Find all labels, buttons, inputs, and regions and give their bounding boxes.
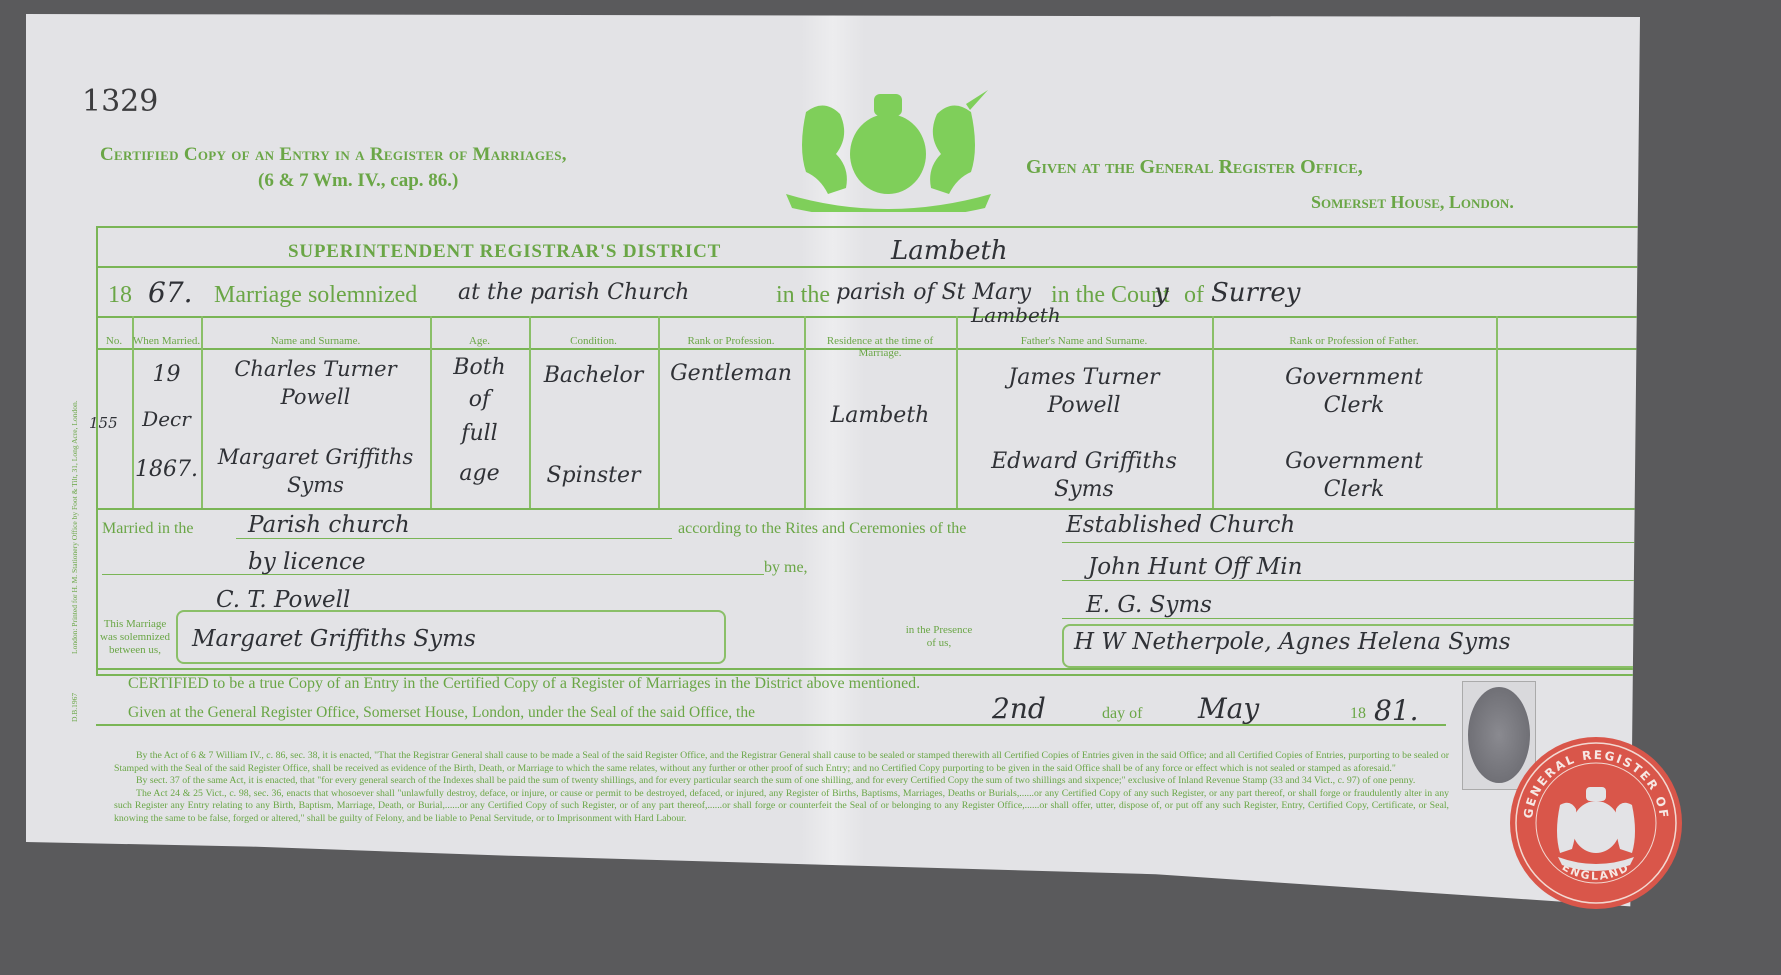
parish-value-line2: Lambeth — [971, 303, 1061, 327]
entry-number: 155 — [89, 414, 118, 433]
bride-father-rank-line2: Clerk — [1212, 476, 1496, 504]
married-in-value: Parish church — [248, 512, 410, 538]
residence: Lambeth — [804, 402, 956, 430]
form-code: D.B.1967 — [70, 693, 79, 722]
county-y-handwritten: y — [1154, 278, 1169, 308]
rites-value: Established Church — [1066, 512, 1295, 538]
district-value: Lambeth — [891, 236, 1008, 266]
year-value: 67. — [148, 276, 193, 309]
col-header-father-name: Father's Name and Surname. — [956, 335, 1212, 347]
county-label: in the Count — [1051, 282, 1170, 309]
bride-name-line2: Syms — [201, 472, 430, 498]
certification-month: May — [1198, 692, 1259, 725]
col-header-condition: Condition. — [529, 335, 658, 347]
by-me-label: by me, — [764, 559, 808, 577]
married-in-label: Married in the — [102, 520, 194, 538]
day-of-label: day of — [1102, 705, 1142, 723]
serial-number: 1329 — [82, 84, 158, 119]
groom-name-line1: Charles Turner — [201, 356, 430, 382]
age-line2: of — [430, 386, 529, 414]
certificate-paper: 1329 Certified Copy of an Entry in a Reg… — [26, 14, 1640, 934]
col-header-name: Name and Surname. — [201, 335, 430, 347]
bride-father-line1: Edward Griffiths — [956, 448, 1212, 476]
col-header-rank: Rank or Profession. — [658, 335, 804, 347]
age-line1: Both — [430, 354, 529, 382]
certification-day: 2nd — [992, 692, 1046, 725]
legal-notice: By the Act of 6 & 7 William IV., c. 86, … — [114, 750, 1449, 826]
certified-statement: CERTIFIED to be a true Copy of an Entry … — [128, 675, 920, 693]
bride-name-line1: Margaret Griffiths — [201, 444, 430, 470]
header-act-reference: (6 & 7 Wm. IV., cap. 86.) — [258, 170, 458, 192]
when-married-day: 19 — [132, 361, 201, 389]
printer-imprint: London: Printed for H. M. Stationery Off… — [70, 400, 79, 654]
given-at-statement: Given at the General Register Office, So… — [128, 704, 755, 722]
header-given-at: Given at the General Register Office, — [1026, 156, 1363, 179]
parish-value: parish of St Mary — [836, 280, 1031, 305]
general-register-office-seal-icon: THE GENERAL REGISTER OFFICE ENGLAND — [1508, 735, 1684, 911]
col-header-when-married: When Married. — [132, 335, 201, 347]
method-value: by licence — [248, 549, 366, 575]
groom-rank: Gentleman — [658, 360, 804, 388]
legal-para-3: The Act 24 & 25 Vict., c. 98, sec. 36, e… — [114, 788, 1449, 826]
royal-crest-icon — [766, 82, 1011, 212]
groom-father-line1: James Turner — [956, 364, 1212, 392]
when-married-month: Decr — [132, 407, 201, 432]
col-header-father-rank: Rank or Profession of Father. — [1212, 335, 1496, 347]
col-header-no: No. — [96, 335, 132, 347]
when-married-year: 1867. — [132, 456, 201, 484]
col-header-residence: Residence at the time of Marriage. — [804, 335, 956, 359]
witness1-signature: E. G. Syms — [1086, 592, 1212, 618]
legal-para-2: By sect. 37 of the same Act, it is enact… — [114, 775, 1449, 788]
bride-condition: Spinster — [529, 462, 658, 490]
age-line3: full — [430, 420, 529, 448]
certification-year-prefix: 18 — [1350, 705, 1366, 723]
year-prefix: 18 — [108, 282, 132, 309]
certification-year: 81. — [1374, 694, 1419, 727]
bride-father-rank-line1: Government — [1212, 448, 1496, 476]
legal-para-1: By the Act of 6 & 7 William IV., c. 86, … — [114, 750, 1449, 775]
groom-father-rank-line2: Clerk — [1212, 392, 1496, 420]
header-certified-copy: Certified Copy of an Entry in a Register… — [100, 144, 567, 166]
solemnized-between-label: This Marriage was solemnized between us, — [100, 618, 170, 658]
county-value: Surrey — [1211, 278, 1301, 308]
header-somerset-house: Somerset House, London. — [1311, 192, 1514, 213]
bride-signature: Margaret Griffiths Syms — [192, 626, 476, 652]
place-value: at the parish Church — [458, 280, 689, 305]
witness2-signature: H W Netherpole, Agnes Helena Syms — [1074, 629, 1511, 655]
groom-father-line2: Powell — [956, 392, 1212, 420]
officiant-signature: John Hunt Off Min — [1088, 554, 1302, 580]
in-the-label: in the — [776, 282, 830, 309]
groom-name-line2: Powell — [201, 384, 430, 410]
groom-condition: Bachelor — [529, 362, 658, 390]
col-header-age: Age. — [430, 335, 529, 347]
presence-label: in the Presence of us, — [904, 624, 974, 650]
marriage-solemnized-label: Marriage solemnized — [214, 282, 417, 309]
age-line4: age — [430, 460, 529, 488]
bride-father-line2: Syms — [956, 476, 1212, 504]
according-to-label: according to the Rites and Ceremonies of… — [678, 520, 966, 538]
district-label: SUPERINTENDENT REGISTRAR'S DISTRICT — [288, 241, 721, 263]
groom-father-rank-line1: Government — [1212, 364, 1496, 392]
county-of-label: of — [1184, 282, 1204, 309]
